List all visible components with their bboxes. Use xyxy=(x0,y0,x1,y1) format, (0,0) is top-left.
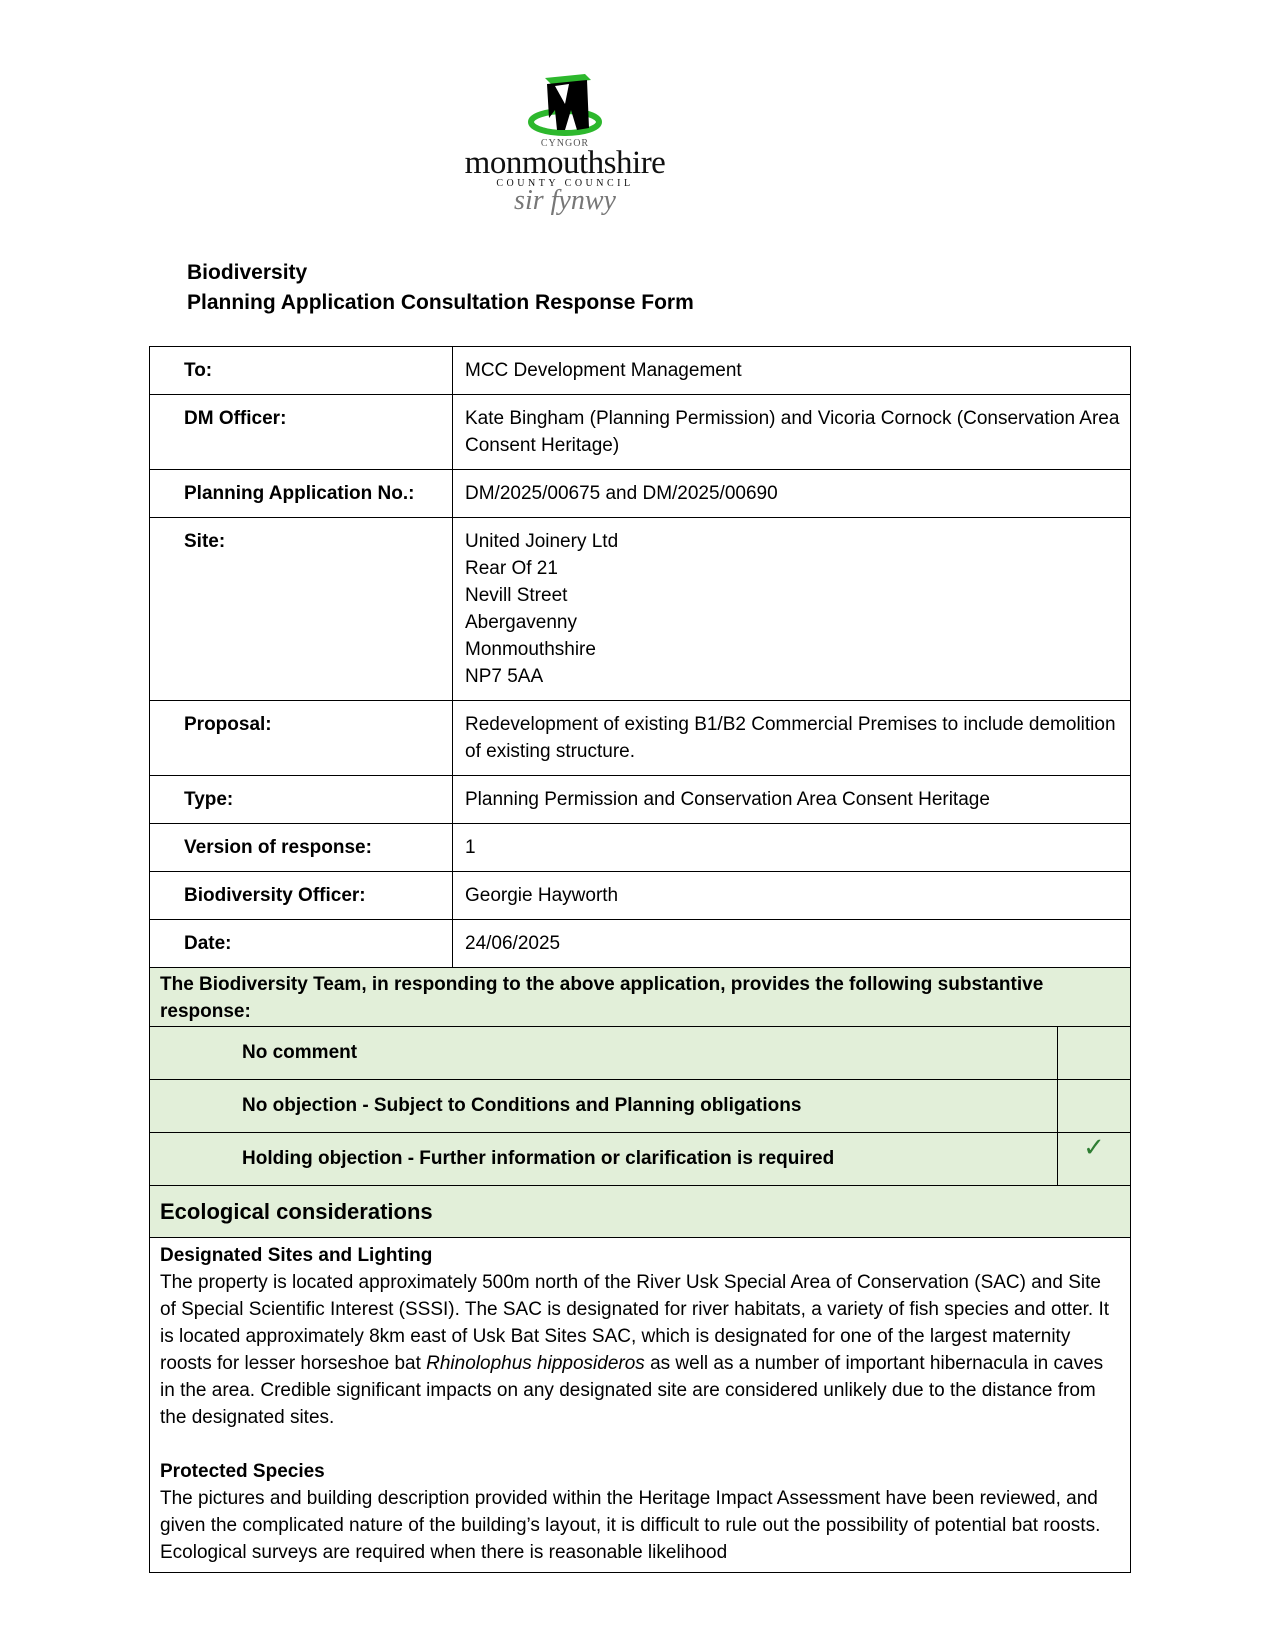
detail-value: Planning Permission and Conservation Are… xyxy=(453,776,1131,824)
response-option-label: No objection - Subject to Conditions and… xyxy=(150,1080,1058,1133)
detail-label: Proposal: xyxy=(150,701,453,776)
detail-value-line: Monmouthshire xyxy=(465,636,1120,663)
detail-row: Version of response:1 xyxy=(150,824,1131,872)
detail-value-line: 24/06/2025 xyxy=(465,930,1120,957)
detail-value-line: MCC Development Management xyxy=(465,357,1120,384)
heading-line-2: Planning Application Consultation Respon… xyxy=(187,288,694,318)
detail-row: Type:Planning Permission and Conservatio… xyxy=(150,776,1131,824)
section-text-designated-sites: The property is located approximately 50… xyxy=(160,1269,1120,1431)
ecological-title-row: Ecological considerations xyxy=(150,1186,1131,1238)
detail-value: 24/06/2025 xyxy=(453,920,1131,968)
detail-value-line: Kate Bingham (Planning Permission) and V… xyxy=(465,405,1120,459)
response-option-row: No objection - Subject to Conditions and… xyxy=(150,1080,1131,1133)
response-intro: The Biodiversity Team, in responding to … xyxy=(150,968,1131,1027)
ecological-body-row: Designated Sites and Lighting The proper… xyxy=(150,1238,1131,1573)
detail-value: MCC Development Management xyxy=(453,347,1131,395)
section-text-protected-species: The pictures and building description pr… xyxy=(160,1485,1120,1566)
detail-value-line: Abergavenny xyxy=(465,609,1120,636)
detail-value: 1 xyxy=(453,824,1131,872)
detail-label: Planning Application No.: xyxy=(150,470,453,518)
detail-value-line: Georgie Hayworth xyxy=(465,882,1120,909)
response-option-checkbox[interactable]: ✓ xyxy=(1058,1133,1131,1186)
detail-value: Kate Bingham (Planning Permission) and V… xyxy=(453,395,1131,470)
ecological-body: Designated Sites and Lighting The proper… xyxy=(150,1238,1131,1573)
detail-value-line: United Joinery Ltd xyxy=(465,528,1120,555)
detail-row: DM Officer:Kate Bingham (Planning Permis… xyxy=(150,395,1131,470)
species-name-italic: Rhinolophus hipposideros xyxy=(426,1353,645,1374)
detail-value: Georgie Hayworth xyxy=(453,872,1131,920)
form-heading: Biodiversity Planning Application Consul… xyxy=(187,258,694,318)
response-option-row: Holding objection - Further information … xyxy=(150,1133,1131,1186)
section-heading-designated-sites: Designated Sites and Lighting xyxy=(160,1242,1120,1269)
detail-label: Type: xyxy=(150,776,453,824)
detail-value-line: Nevill Street xyxy=(465,582,1120,609)
detail-row: Proposal:Redevelopment of existing B1/B2… xyxy=(150,701,1131,776)
detail-label: Date: xyxy=(150,920,453,968)
detail-label: Site: xyxy=(150,518,453,701)
response-option-checkbox[interactable] xyxy=(1058,1080,1131,1133)
ecological-title: Ecological considerations xyxy=(150,1186,1131,1238)
detail-row: To:MCC Development Management xyxy=(150,347,1131,395)
detail-value: United Joinery LtdRear Of 21Nevill Stree… xyxy=(453,518,1131,701)
detail-label: Version of response: xyxy=(150,824,453,872)
response-intro-row: The Biodiversity Team, in responding to … xyxy=(150,968,1131,1027)
consultation-form-table: To:MCC Development ManagementDM Officer:… xyxy=(149,346,1131,1573)
detail-value: Redevelopment of existing B1/B2 Commerci… xyxy=(453,701,1131,776)
detail-row: Biodiversity Officer:Georgie Hayworth xyxy=(150,872,1131,920)
response-option-label: Holding objection - Further information … xyxy=(150,1133,1058,1186)
response-option-row: No comment xyxy=(150,1027,1131,1080)
response-option-label: No comment xyxy=(150,1027,1058,1080)
response-option-checkbox[interactable] xyxy=(1058,1027,1131,1080)
detail-value-line: Redevelopment of existing B1/B2 Commerci… xyxy=(465,711,1120,765)
detail-value: DM/2025/00675 and DM/2025/00690 xyxy=(453,470,1131,518)
castle-emblem-icon xyxy=(525,70,605,136)
detail-label: Biodiversity Officer: xyxy=(150,872,453,920)
checkmark-icon: ✓ xyxy=(1083,1132,1105,1162)
council-logo: CYNGOR monmouthshire COUNTY COUNCIL sir … xyxy=(440,70,690,230)
detail-row: Planning Application No.:DM/2025/00675 a… xyxy=(150,470,1131,518)
heading-line-1: Biodiversity xyxy=(187,258,694,288)
logo-name: monmouthshire xyxy=(440,149,690,177)
detail-row: Date:24/06/2025 xyxy=(150,920,1131,968)
detail-value-line: 1 xyxy=(465,834,1120,861)
detail-label: DM Officer: xyxy=(150,395,453,470)
detail-value-line: NP7 5AA xyxy=(465,663,1120,690)
detail-value-line: Planning Permission and Conservation Are… xyxy=(465,786,1120,813)
detail-label: To: xyxy=(150,347,453,395)
section-heading-protected-species: Protected Species xyxy=(160,1458,1120,1485)
logo-welsh-name: sir fynwy xyxy=(440,189,690,213)
detail-value-line: DM/2025/00675 and DM/2025/00690 xyxy=(465,480,1120,507)
detail-row: Site:United Joinery LtdRear Of 21Nevill … xyxy=(150,518,1131,701)
detail-value-line: Rear Of 21 xyxy=(465,555,1120,582)
